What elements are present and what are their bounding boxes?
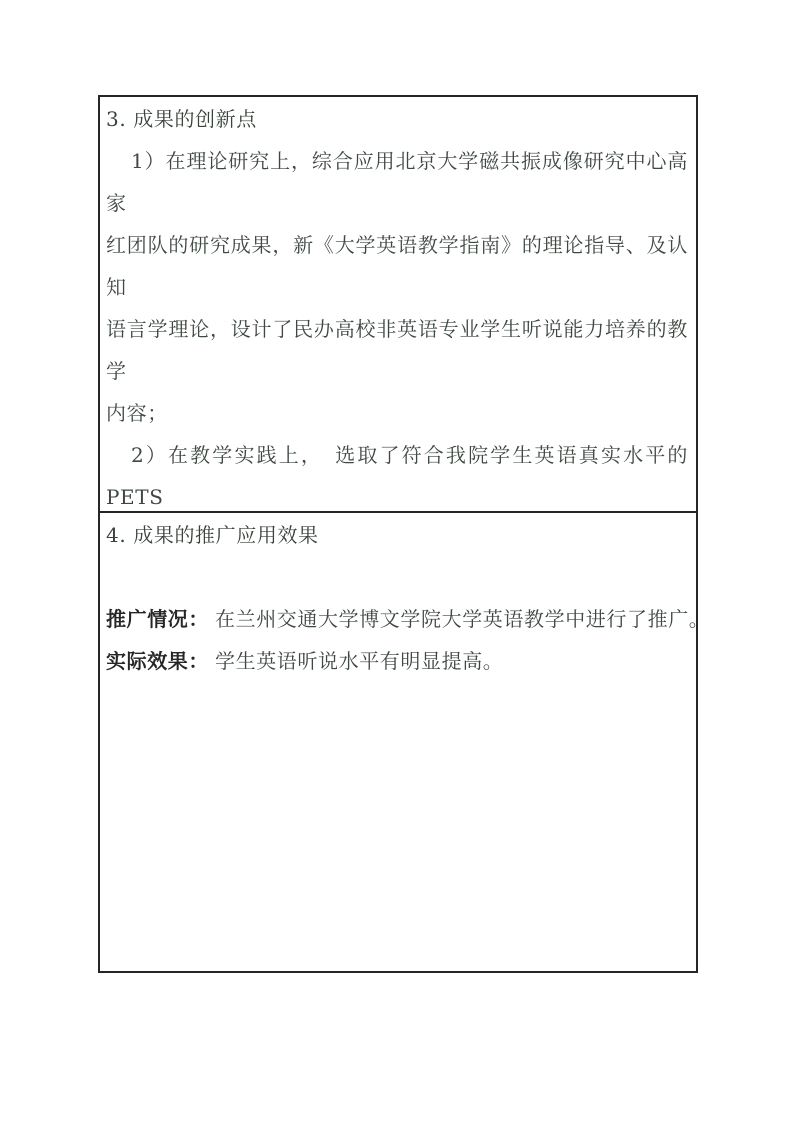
promotion-status-line: 推广情况：在兰州交通大学博文学院大学英语教学中进行了推广。	[106, 598, 688, 640]
paragraph-line: 2）在教学实践上， 选取了符合我院学生英语真实水平的 PETS	[106, 434, 688, 513]
paragraph-line: 内容；	[106, 392, 688, 434]
paragraph-line: 语言学理论，设计了民办高校非英语专业学生听说能力培养的教学	[106, 308, 688, 392]
actual-effect-line: 实际效果：学生英语听说水平有明显提高。	[106, 640, 688, 682]
promotion-status-text: 在兰州交通大学博文学院大学英语教学中进行了推广。	[215, 607, 696, 631]
actual-effect-text: 学生英语听说水平有明显提高。	[215, 649, 503, 673]
section-innovation-heading: 3. 成果的创新点	[106, 98, 688, 140]
form-table: 3. 成果的创新点 1）在理论研究上，综合应用北京大学磁共振成像研究中心高家 红…	[98, 95, 698, 973]
section-promotion-heading: 4. 成果的推广应用效果	[106, 514, 688, 556]
section-innovation-cell: 3. 成果的创新点 1）在理论研究上，综合应用北京大学磁共振成像研究中心高家 红…	[100, 97, 696, 513]
paragraph-line: 1）在理论研究上，综合应用北京大学磁共振成像研究中心高家	[106, 140, 688, 224]
actual-effect-label: 实际效果：	[106, 649, 209, 673]
paragraph-line: 红团队的研究成果，新《大学英语教学指南》的理论指导、及认知	[106, 224, 688, 308]
document-page: 3. 成果的创新点 1）在理论研究上，综合应用北京大学磁共振成像研究中心高家 红…	[0, 0, 794, 1123]
section-promotion-cell: 4. 成果的推广应用效果 推广情况：在兰州交通大学博文学院大学英语教学中进行了推…	[100, 513, 696, 971]
promotion-status-label: 推广情况：	[106, 607, 209, 631]
spacer-line	[106, 556, 688, 598]
